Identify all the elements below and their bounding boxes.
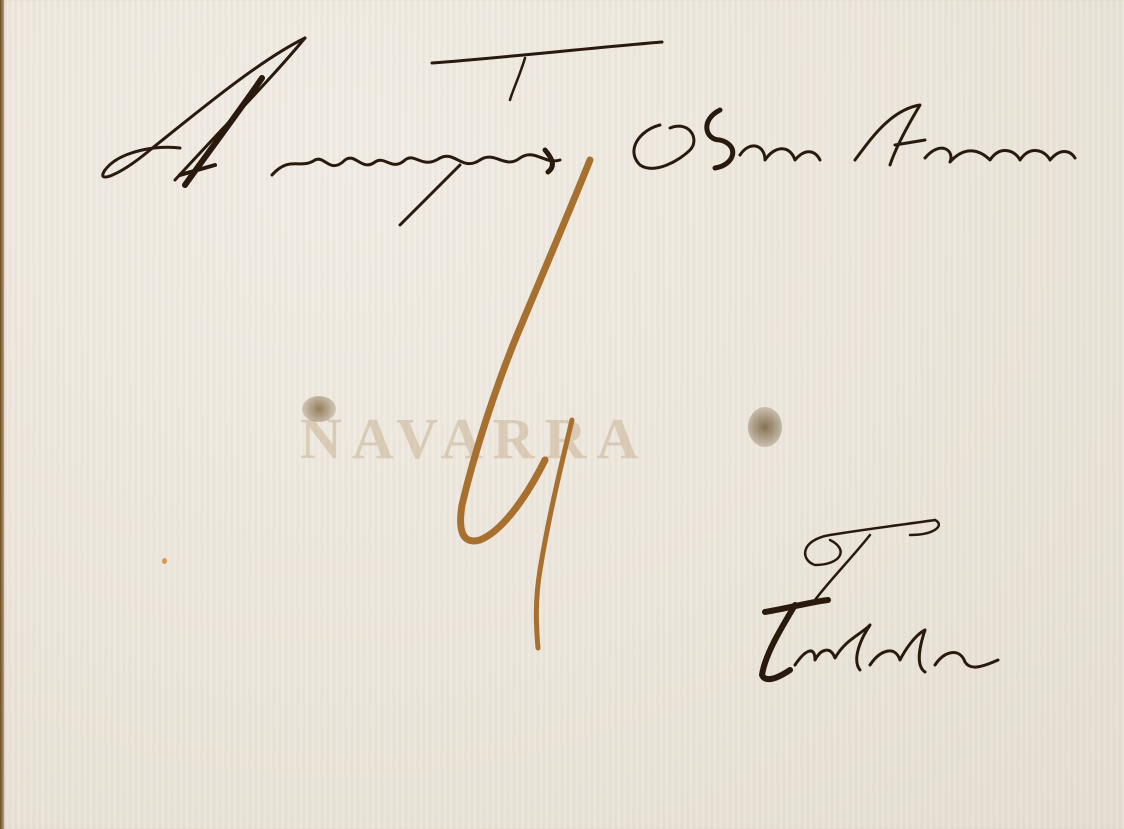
handwriting-overline — [432, 42, 662, 100]
handwriting-al — [103, 38, 305, 185]
handwriting-de-san-adrian — [634, 105, 1075, 168]
handwriting-layer — [0, 0, 1124, 829]
handwriting-marques — [272, 150, 560, 225]
handwriting-tudela — [762, 600, 998, 679]
handwriting-flourish — [805, 520, 939, 600]
rating-mark-4 — [461, 160, 590, 648]
letter-sheet: NAVARRA — [0, 0, 1124, 829]
